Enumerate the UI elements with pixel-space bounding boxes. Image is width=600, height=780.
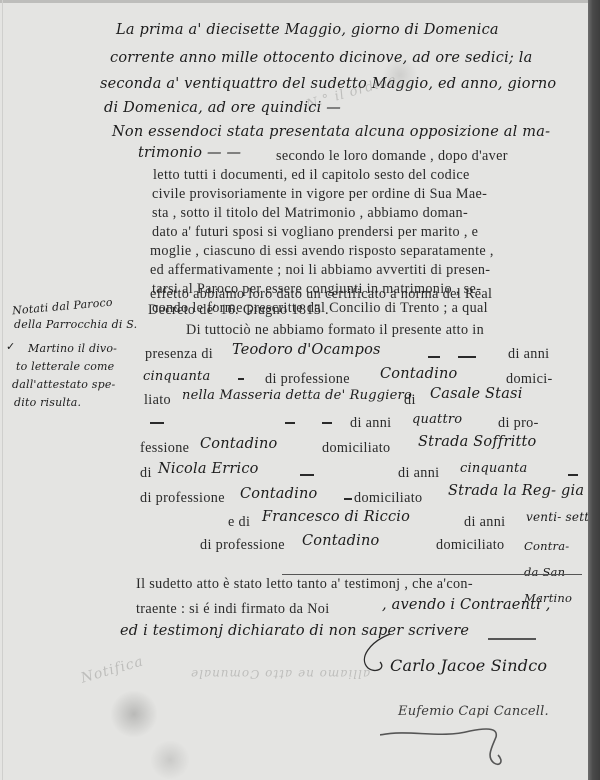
filler-dash <box>458 356 476 358</box>
signature-mayor: Carlo Jacoe Sindco <box>390 656 547 675</box>
label-presence: presenza di <box>145 346 213 363</box>
filler-dash <box>344 498 352 500</box>
margin-note-line: dall'attestato spe- <box>12 378 115 391</box>
header-line: di Domenica, ad ore quindici — <box>104 100 341 116</box>
printed-line: Di tuttociò ne abbiamo formato il presen… <box>186 322 484 339</box>
label-and-of: e di <box>228 514 250 531</box>
header-line: Non essendoci stata presentata alcuna op… <box>112 124 550 140</box>
witness-2-profession: Contadino <box>200 436 277 452</box>
printed-line: secondo le loro domande , dopo d'aver <box>276 148 508 165</box>
closing-line: Il sudetto atto è stato letto tanto a' t… <box>136 576 473 593</box>
label-profession-3: di professione <box>140 490 225 507</box>
label-age-2: di anni <box>350 415 391 432</box>
margin-note-line: dito risulta. <box>14 396 81 409</box>
page-left-edge <box>2 0 3 780</box>
witness-2-age: quattro <box>412 412 462 427</box>
printed-line: sta , sotto il titolo del Matrimonio , a… <box>152 205 468 222</box>
margin-note-line: della Parrocchia di S. <box>14 318 137 331</box>
witness-1-domicile: nella Masseria detta de' Ruggiero <box>182 388 412 403</box>
witness-1-age: cinquanta <box>143 369 210 384</box>
document-page: N.° il ordine Notifica alliamo ne atto C… <box>0 0 588 780</box>
binding-edge <box>588 0 600 780</box>
header-line: trimonio — — <box>138 145 241 161</box>
bleed-through-mid-bottom: alliamo ne atto Comunale <box>190 667 370 681</box>
closing-handwritten-1: , avendo i Contraenti , <box>382 597 551 613</box>
witness-2-domicile: Strada Soffritto <box>418 434 536 450</box>
closing-rule <box>282 574 582 575</box>
label-profession-2b: fessione <box>140 440 189 457</box>
filler-dash <box>150 422 164 424</box>
signature-secretary: Eufemio Capi Cancell. <box>398 704 549 719</box>
printed-line: civile provisoriamente in vigore per ord… <box>152 186 487 203</box>
label-profession-2a: di pro- <box>498 415 539 432</box>
witness-3-age: cinquanta <box>460 461 527 476</box>
label-of: di <box>140 465 152 482</box>
witness-4-profession: Contadino <box>302 533 379 549</box>
label-domicile-2: domiciliato <box>322 440 390 457</box>
margin-note-line: to letterale come <box>16 360 114 373</box>
filler-dash <box>285 422 295 424</box>
filler-dash <box>238 378 244 380</box>
filler-dash <box>300 474 314 476</box>
witness-1-profession: Contadino <box>380 366 457 382</box>
signature-flourish-icon <box>380 725 510 775</box>
witness-4-age: venti- sette <box>526 510 588 524</box>
bleed-through-left-bottom: Notifica <box>79 653 146 686</box>
witness-4-name: Francesco di Riccio <box>262 509 410 525</box>
margin-note-line: Martino il divo- <box>28 342 117 355</box>
margin-note-line: Notati dal Paroco <box>12 296 114 318</box>
checkmark-icon: ✓ <box>6 340 15 353</box>
ink-stain <box>110 690 158 738</box>
printed-line: Decreto de' 16. Giugno 1815 . <box>148 302 329 319</box>
header-line: La prima a' diecisette Maggio, giorno di… <box>116 22 499 38</box>
header-line: seconda a' ventiquattro del sudetto Magg… <box>100 76 556 92</box>
witness-3-profession: Contadino <box>240 486 317 502</box>
label-domicile-3: domiciliato <box>354 490 422 507</box>
label-age-3: di anni <box>398 465 439 482</box>
filler-dash <box>488 638 536 640</box>
witness-3-domicile: Strada la Reg- gia <box>448 483 584 499</box>
ink-stain <box>150 740 190 780</box>
printed-line: letto tutti i documenti, ed il capitolo … <box>153 167 565 184</box>
printed-line: ed affermativamente ; noi li abbiamo avv… <box>150 262 490 279</box>
witness-1-father: Casale Stasi <box>430 386 523 402</box>
header-line: corrente anno mille ottocento dicinove, … <box>110 50 532 66</box>
label-domicile-4: domiciliato <box>436 537 504 554</box>
page-top-edge <box>0 0 588 3</box>
filler-dash <box>568 474 578 476</box>
closing-line: traente : si é indi firmato da Noi <box>136 601 330 618</box>
label-age-4: di anni <box>464 514 505 531</box>
witness-3-name: Nicola Errico <box>158 461 259 477</box>
printed-line: effetto abbiamo loro dato un certificato… <box>150 286 492 303</box>
label-age: di anni <box>508 346 549 363</box>
closing-handwritten-2: ed i testimonj dichiarato di non saper s… <box>120 623 469 639</box>
label-profession: di professione <box>265 371 350 388</box>
printed-line: moglie , ciascuno di essi avendo rispost… <box>150 243 494 260</box>
printed-line: dato a' futuri sposi si vogliano prender… <box>152 224 478 241</box>
filler-dash <box>428 356 440 358</box>
label-profession-4: di professione <box>200 537 285 554</box>
filler-dash <box>322 422 332 424</box>
label-domicile-b: liato <box>144 392 171 409</box>
pen-flourish-icon <box>350 632 410 682</box>
label-of: di <box>404 392 416 409</box>
witness-1-name: Teodoro d'Ocampos <box>232 342 381 358</box>
